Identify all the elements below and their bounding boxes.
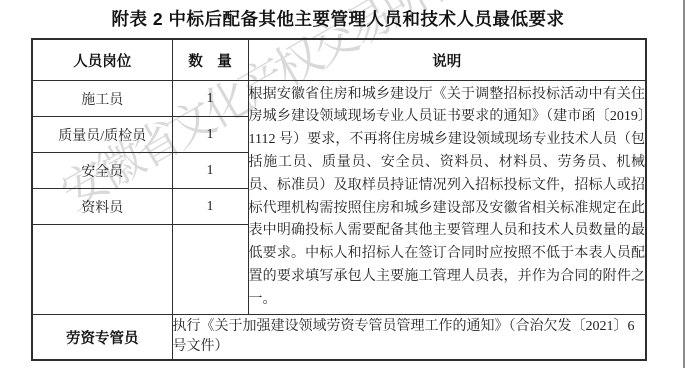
position-cell: 施工员: [32, 81, 172, 117]
position-cell-empty: [32, 225, 172, 315]
page-right-edge: [683, 0, 685, 368]
column-header-description: 说明: [248, 39, 646, 81]
footer-note-cell: 执行《关于加强建设领域劳资专管员管理工作的通知》（合治欠发〔2021〕6 号文件…: [172, 315, 646, 361]
table-header-row: 人员岗位 数 量 说明: [32, 39, 646, 81]
quantity-cell: 1: [172, 117, 248, 153]
position-cell: 质量员/质检员: [32, 117, 172, 153]
table-footer-row: 劳资专管员 执行《关于加强建设领域劳资专管员管理工作的通知》（合治欠发〔2021…: [32, 315, 646, 361]
position-cell: 资料员: [32, 189, 172, 225]
position-cell: 安全员: [32, 153, 172, 189]
quantity-cell: 1: [172, 189, 248, 225]
quantity-cell-empty: [172, 225, 248, 315]
footer-position-cell: 劳资专管员: [32, 315, 172, 361]
quantity-cell: 1: [172, 153, 248, 189]
description-cell: 根据安徽省住房和城乡建设厅《关于调整招标投标活动中有关住房城乡建设领域现场专业人…: [248, 81, 646, 315]
table-row: 施工员 1 根据安徽省住房和城乡建设厅《关于调整招标投标活动中有关住房城乡建设领…: [32, 81, 646, 117]
requirements-table: 人员岗位 数 量 说明 施工员 1 根据安徽省住房和城乡建设厅《关于调整招标投标…: [31, 38, 647, 361]
page-title: 附表 2 中标后配备其他主要管理人员和技术人员最低要求: [31, 6, 645, 31]
column-header-quantity: 数 量: [172, 39, 248, 81]
quantity-cell: 1: [172, 81, 248, 117]
column-header-position: 人员岗位: [32, 39, 172, 81]
